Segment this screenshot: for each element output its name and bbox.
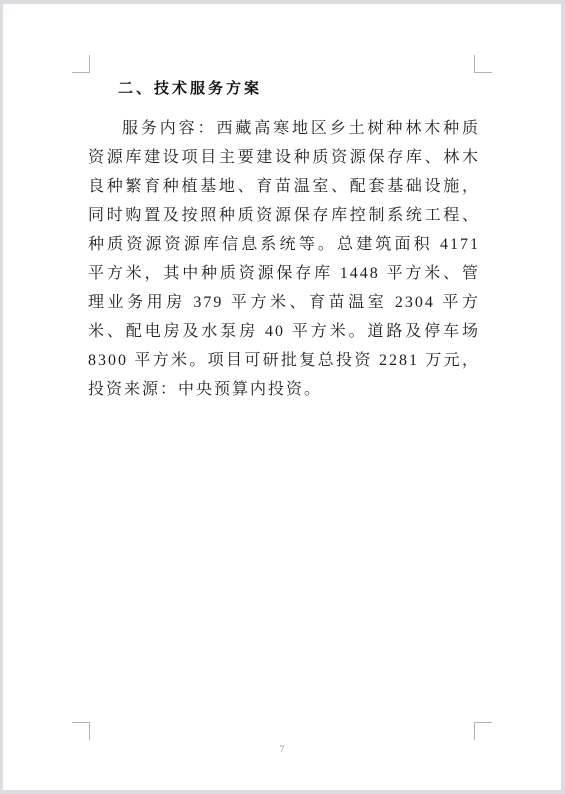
document-canvas: { "document": { "heading": "二、技术服务方案", "… bbox=[0, 0, 565, 794]
text-body: 二、技术服务方案 服务内容：西藏高寒地区乡土树种林木种质资源库建设项目主要建设种… bbox=[88, 78, 480, 404]
page-number: 7 bbox=[3, 744, 561, 754]
crop-mark-bottom-right-icon bbox=[474, 722, 492, 740]
service-content-paragraph: 服务内容：西藏高寒地区乡土树种林木种质资源库建设项目主要建设种质资源保存库、林木… bbox=[88, 114, 480, 404]
crop-mark-top-left-icon bbox=[72, 55, 90, 73]
section-heading: 二、技术服务方案 bbox=[88, 78, 480, 100]
crop-mark-top-right-icon bbox=[474, 55, 492, 73]
crop-mark-bottom-left-icon bbox=[72, 722, 90, 740]
document-page: 二、技术服务方案 服务内容：西藏高寒地区乡土树种林木种质资源库建设项目主要建设种… bbox=[3, 4, 561, 790]
